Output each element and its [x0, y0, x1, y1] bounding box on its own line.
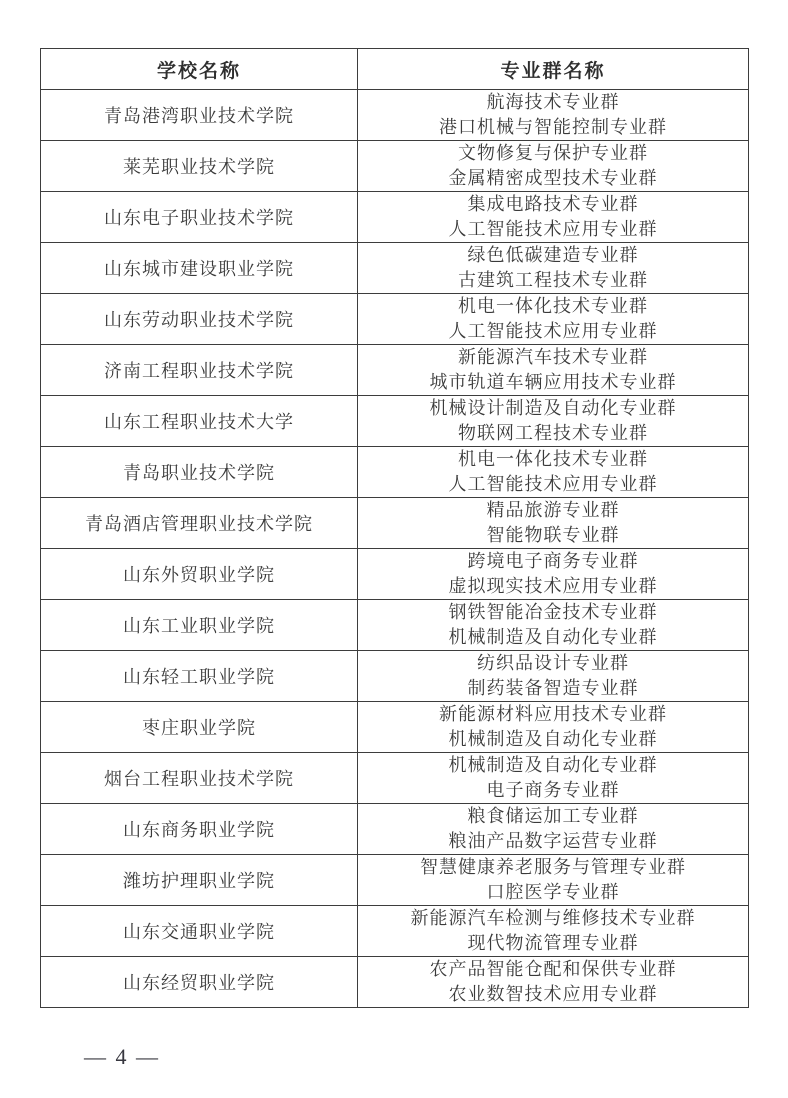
table-row: 烟台工程职业技术学院 机械制造及自动化专业群 电子商务专业群 [41, 753, 749, 804]
groups-cell: 绿色低碳建造专业群 古建筑工程技术专业群 [358, 243, 749, 294]
groups-cell: 文物修复与保护专业群 金属精密成型技术专业群 [358, 141, 749, 192]
header-school-name: 学校名称 [41, 49, 358, 90]
group-line: 制药装备智造专业群 [358, 676, 748, 701]
group-line: 新能源材料应用技术专业群 [358, 702, 748, 727]
group-line: 机械设计制造及自动化专业群 [358, 396, 748, 421]
school-name: 潍坊护理职业学院 [41, 855, 358, 906]
page-number: — 4 — [84, 1044, 160, 1070]
groups-cell: 精品旅游专业群 智能物联专业群 [358, 498, 749, 549]
table-row: 山东外贸职业学院 跨境电子商务专业群 虚拟现实技术应用专业群 [41, 549, 749, 600]
group-line: 虚拟现实技术应用专业群 [358, 574, 748, 599]
table-row: 山东城市建设职业学院 绿色低碳建造专业群 古建筑工程技术专业群 [41, 243, 749, 294]
table-row: 山东商务职业学院 粮食储运加工专业群 粮油产品数字运营专业群 [41, 804, 749, 855]
group-line: 物联网工程技术专业群 [358, 421, 748, 446]
group-line: 口腔医学专业群 [358, 880, 748, 905]
school-name: 山东电子职业技术学院 [41, 192, 358, 243]
group-line: 电子商务专业群 [358, 778, 748, 803]
school-name: 山东商务职业学院 [41, 804, 358, 855]
school-name: 山东劳动职业技术学院 [41, 294, 358, 345]
school-name: 山东经贸职业学院 [41, 957, 358, 1008]
school-name: 山东工程职业技术大学 [41, 396, 358, 447]
groups-cell: 智慧健康养老服务与管理专业群 口腔医学专业群 [358, 855, 749, 906]
groups-cell: 农产品智能仓配和保供专业群 农业数智技术应用专业群 [358, 957, 749, 1008]
school-name: 山东工业职业学院 [41, 600, 358, 651]
school-name: 青岛职业技术学院 [41, 447, 358, 498]
table-row: 山东电子职业技术学院 集成电路技术专业群 人工智能技术应用专业群 [41, 192, 749, 243]
group-line: 机械制造及自动化专业群 [358, 727, 748, 752]
table-body: 青岛港湾职业技术学院 航海技术专业群 港口机械与智能控制专业群 莱芜职业技术学院… [41, 90, 749, 1008]
table-row: 山东轻工职业学院 纺织品设计专业群 制药装备智造专业群 [41, 651, 749, 702]
group-line: 跨境电子商务专业群 [358, 549, 748, 574]
groups-cell: 集成电路技术专业群 人工智能技术应用专业群 [358, 192, 749, 243]
group-line: 金属精密成型技术专业群 [358, 166, 748, 191]
group-line: 机械制造及自动化专业群 [358, 753, 748, 778]
group-line: 现代物流管理专业群 [358, 931, 748, 956]
group-line: 纺织品设计专业群 [358, 651, 748, 676]
groups-cell: 机电一体化技术专业群 人工智能技术应用专业群 [358, 294, 749, 345]
groups-cell: 航海技术专业群 港口机械与智能控制专业群 [358, 90, 749, 141]
header-group-name: 专业群名称 [358, 49, 749, 90]
group-line: 粮油产品数字运营专业群 [358, 829, 748, 854]
table-row: 山东经贸职业学院 农产品智能仓配和保供专业群 农业数智技术应用专业群 [41, 957, 749, 1008]
group-line: 机械制造及自动化专业群 [358, 625, 748, 650]
group-line: 新能源汽车检测与维修技术专业群 [358, 906, 748, 931]
groups-cell: 新能源材料应用技术专业群 机械制造及自动化专业群 [358, 702, 749, 753]
groups-cell: 跨境电子商务专业群 虚拟现实技术应用专业群 [358, 549, 749, 600]
groups-cell: 新能源汽车技术专业群 城市轨道车辆应用技术专业群 [358, 345, 749, 396]
group-line: 智慧健康养老服务与管理专业群 [358, 855, 748, 880]
group-line: 古建筑工程技术专业群 [358, 268, 748, 293]
table-row: 山东交通职业学院 新能源汽车检测与维修技术专业群 现代物流管理专业群 [41, 906, 749, 957]
group-line: 智能物联专业群 [358, 523, 748, 548]
group-line: 钢铁智能冶金技术专业群 [358, 600, 748, 625]
school-name: 山东城市建设职业学院 [41, 243, 358, 294]
groups-cell: 新能源汽车检测与维修技术专业群 现代物流管理专业群 [358, 906, 749, 957]
table-row: 青岛职业技术学院 机电一体化技术专业群 人工智能技术应用专业群 [41, 447, 749, 498]
groups-cell: 粮食储运加工专业群 粮油产品数字运营专业群 [358, 804, 749, 855]
school-name: 莱芜职业技术学院 [41, 141, 358, 192]
school-name: 山东轻工职业学院 [41, 651, 358, 702]
group-line: 集成电路技术专业群 [358, 192, 748, 217]
table-row: 济南工程职业技术学院 新能源汽车技术专业群 城市轨道车辆应用技术专业群 [41, 345, 749, 396]
school-name: 枣庄职业学院 [41, 702, 358, 753]
table-row: 青岛港湾职业技术学院 航海技术专业群 港口机械与智能控制专业群 [41, 90, 749, 141]
table-row: 莱芜职业技术学院 文物修复与保护专业群 金属精密成型技术专业群 [41, 141, 749, 192]
group-line: 精品旅游专业群 [358, 498, 748, 523]
school-name: 青岛酒店管理职业技术学院 [41, 498, 358, 549]
school-name: 山东外贸职业学院 [41, 549, 358, 600]
group-line: 机电一体化技术专业群 [358, 294, 748, 319]
groups-cell: 机械制造及自动化专业群 电子商务专业群 [358, 753, 749, 804]
school-name: 烟台工程职业技术学院 [41, 753, 358, 804]
table-header: 学校名称 专业群名称 [41, 49, 749, 90]
table-row: 枣庄职业学院 新能源材料应用技术专业群 机械制造及自动化专业群 [41, 702, 749, 753]
group-line: 人工智能技术应用专业群 [358, 217, 748, 242]
group-line: 人工智能技术应用专业群 [358, 319, 748, 344]
school-groups-table: 学校名称 专业群名称 青岛港湾职业技术学院 航海技术专业群 港口机械与智能控制专… [40, 48, 749, 1008]
group-line: 绿色低碳建造专业群 [358, 243, 748, 268]
group-line: 港口机械与智能控制专业群 [358, 115, 748, 140]
table-row: 山东工业职业学院 钢铁智能冶金技术专业群 机械制造及自动化专业群 [41, 600, 749, 651]
table-row: 潍坊护理职业学院 智慧健康养老服务与管理专业群 口腔医学专业群 [41, 855, 749, 906]
group-line: 人工智能技术应用专业群 [358, 472, 748, 497]
group-line: 城市轨道车辆应用技术专业群 [358, 370, 748, 395]
school-name: 青岛港湾职业技术学院 [41, 90, 358, 141]
group-line: 农产品智能仓配和保供专业群 [358, 957, 748, 982]
groups-cell: 机电一体化技术专业群 人工智能技术应用专业群 [358, 447, 749, 498]
school-name: 济南工程职业技术学院 [41, 345, 358, 396]
group-line: 粮食储运加工专业群 [358, 804, 748, 829]
table-row: 青岛酒店管理职业技术学院 精品旅游专业群 智能物联专业群 [41, 498, 749, 549]
groups-cell: 钢铁智能冶金技术专业群 机械制造及自动化专业群 [358, 600, 749, 651]
groups-cell: 纺织品设计专业群 制药装备智造专业群 [358, 651, 749, 702]
table-row: 山东劳动职业技术学院 机电一体化技术专业群 人工智能技术应用专业群 [41, 294, 749, 345]
table-row: 山东工程职业技术大学 机械设计制造及自动化专业群 物联网工程技术专业群 [41, 396, 749, 447]
school-name: 山东交通职业学院 [41, 906, 358, 957]
header-row: 学校名称 专业群名称 [41, 49, 749, 90]
group-line: 新能源汽车技术专业群 [358, 345, 748, 370]
group-line: 航海技术专业群 [358, 90, 748, 115]
group-line: 文物修复与保护专业群 [358, 141, 748, 166]
groups-cell: 机械设计制造及自动化专业群 物联网工程技术专业群 [358, 396, 749, 447]
group-line: 机电一体化技术专业群 [358, 447, 748, 472]
group-line: 农业数智技术应用专业群 [358, 982, 748, 1007]
